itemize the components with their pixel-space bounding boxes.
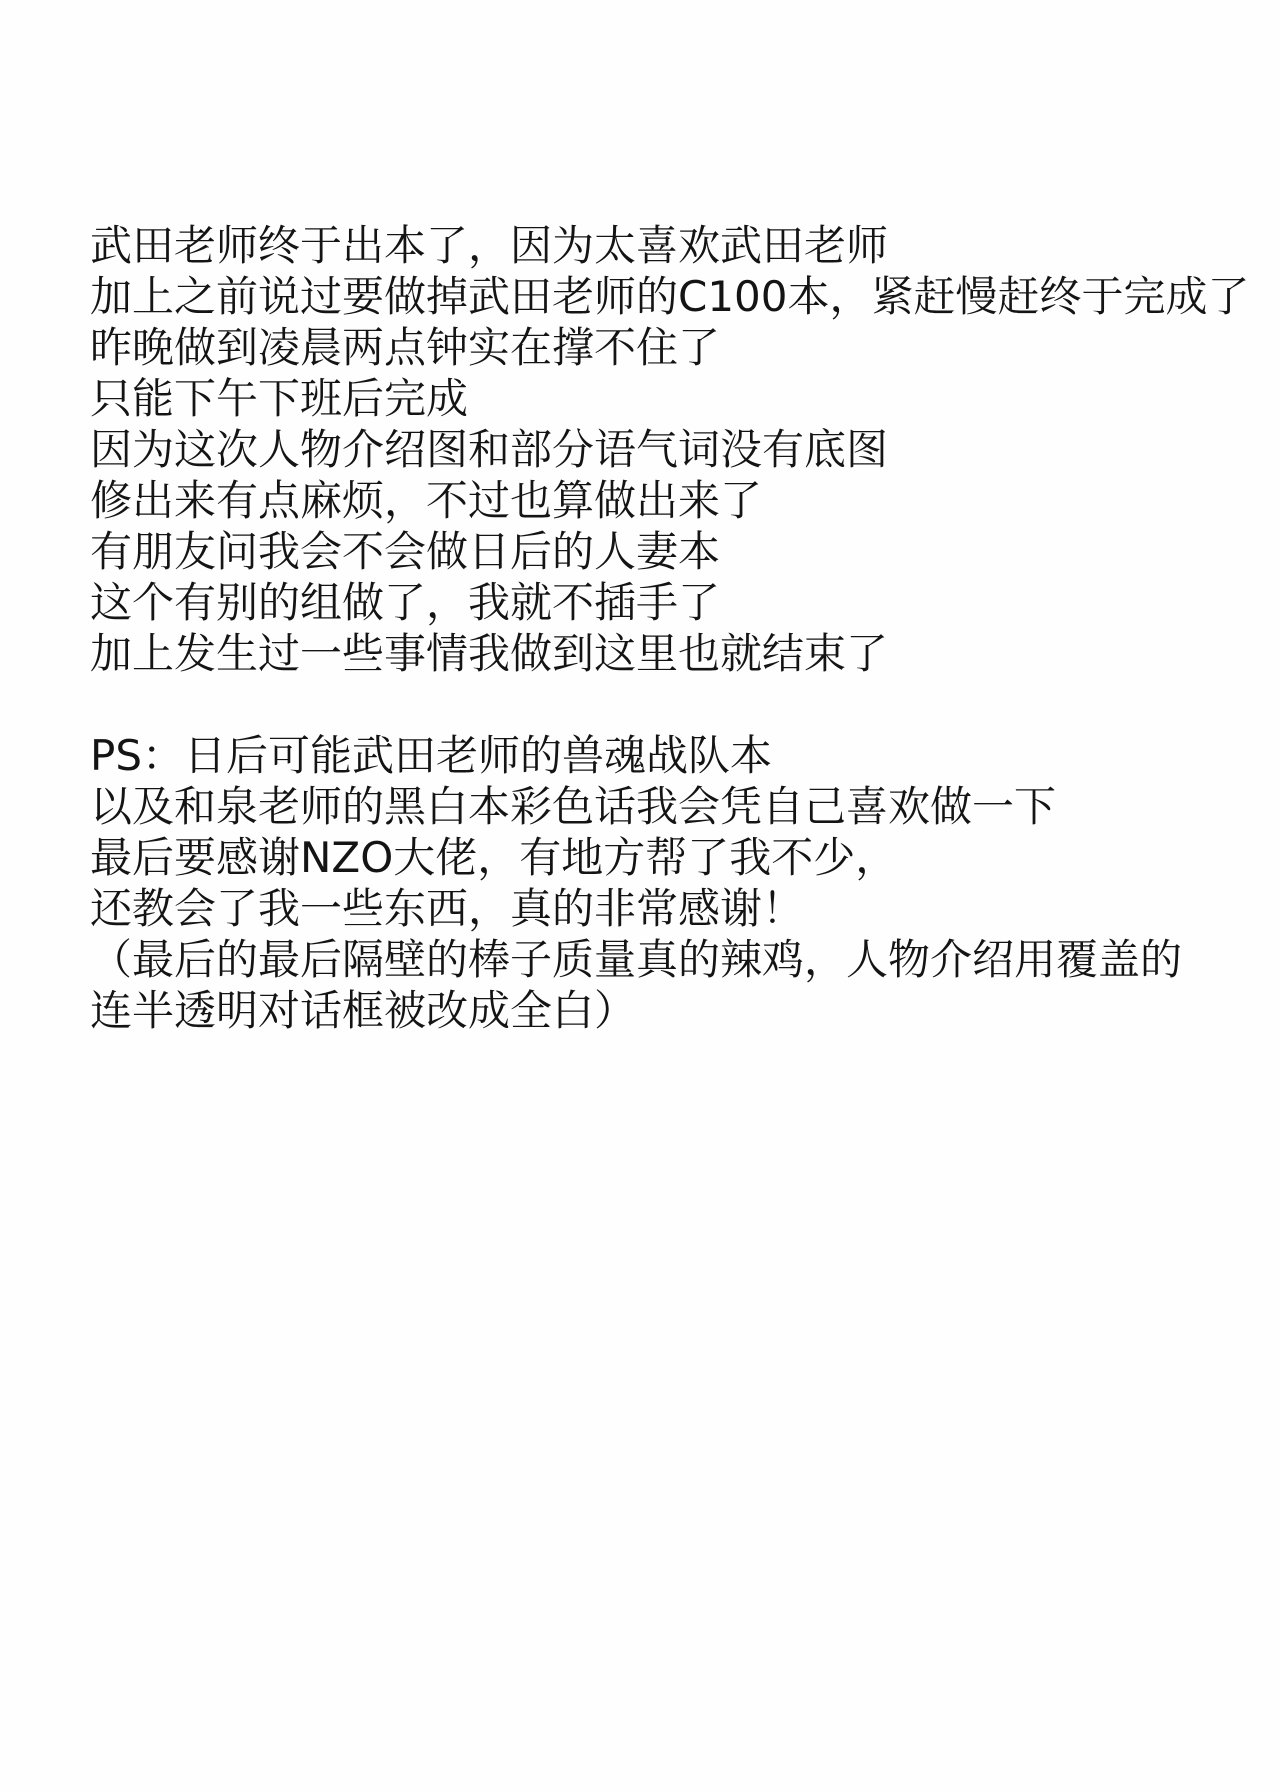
- text-line: PS：日后可能武田老师的兽魂战队本: [90, 730, 1250, 781]
- afterword-text: 武田老师终于出本了，因为太喜欢武田老师 加上之前说过要做掉武田老师的C100本，…: [90, 220, 1250, 1036]
- text-line: 加上发生过一些事情我做到这里也就结束了: [90, 628, 1250, 679]
- text-line: 加上之前说过要做掉武田老师的C100本，紧赶慢赶终于完成了: [90, 271, 1250, 322]
- page: 武田老师终于出本了，因为太喜欢武田老师 加上之前说过要做掉武田老师的C100本，…: [0, 0, 1280, 1791]
- text-line: 修出来有点麻烦，不过也算做出来了: [90, 475, 1250, 526]
- text-line: 这个有别的组做了，我就不插手了: [90, 577, 1250, 628]
- text-line: 因为这次人物介绍图和部分语气词没有底图: [90, 424, 1250, 475]
- text-line: 武田老师终于出本了，因为太喜欢武田老师: [90, 220, 1250, 271]
- paragraph-2: PS：日后可能武田老师的兽魂战队本 以及和泉老师的黑白本彩色话我会凭自己喜欢做一…: [90, 730, 1250, 1036]
- text-line: 只能下午下班后完成: [90, 373, 1250, 424]
- text-line: （最后的最后隔壁的棒子质量真的辣鸡，人物介绍用覆盖的: [90, 934, 1250, 985]
- paragraph-1: 武田老师终于出本了，因为太喜欢武田老师 加上之前说过要做掉武田老师的C100本，…: [90, 220, 1250, 679]
- text-line: 以及和泉老师的黑白本彩色话我会凭自己喜欢做一下: [90, 781, 1250, 832]
- text-line: 还教会了我一些东西，真的非常感谢！: [90, 883, 1250, 934]
- text-line: 有朋友问我会不会做日后的人妻本: [90, 526, 1250, 577]
- text-line: 昨晚做到凌晨两点钟实在撑不住了: [90, 322, 1250, 373]
- text-line: 最后要感谢NZO大佬，有地方帮了我不少，: [90, 832, 1250, 883]
- text-line: 连半透明对话框被改成全白）: [90, 985, 1250, 1036]
